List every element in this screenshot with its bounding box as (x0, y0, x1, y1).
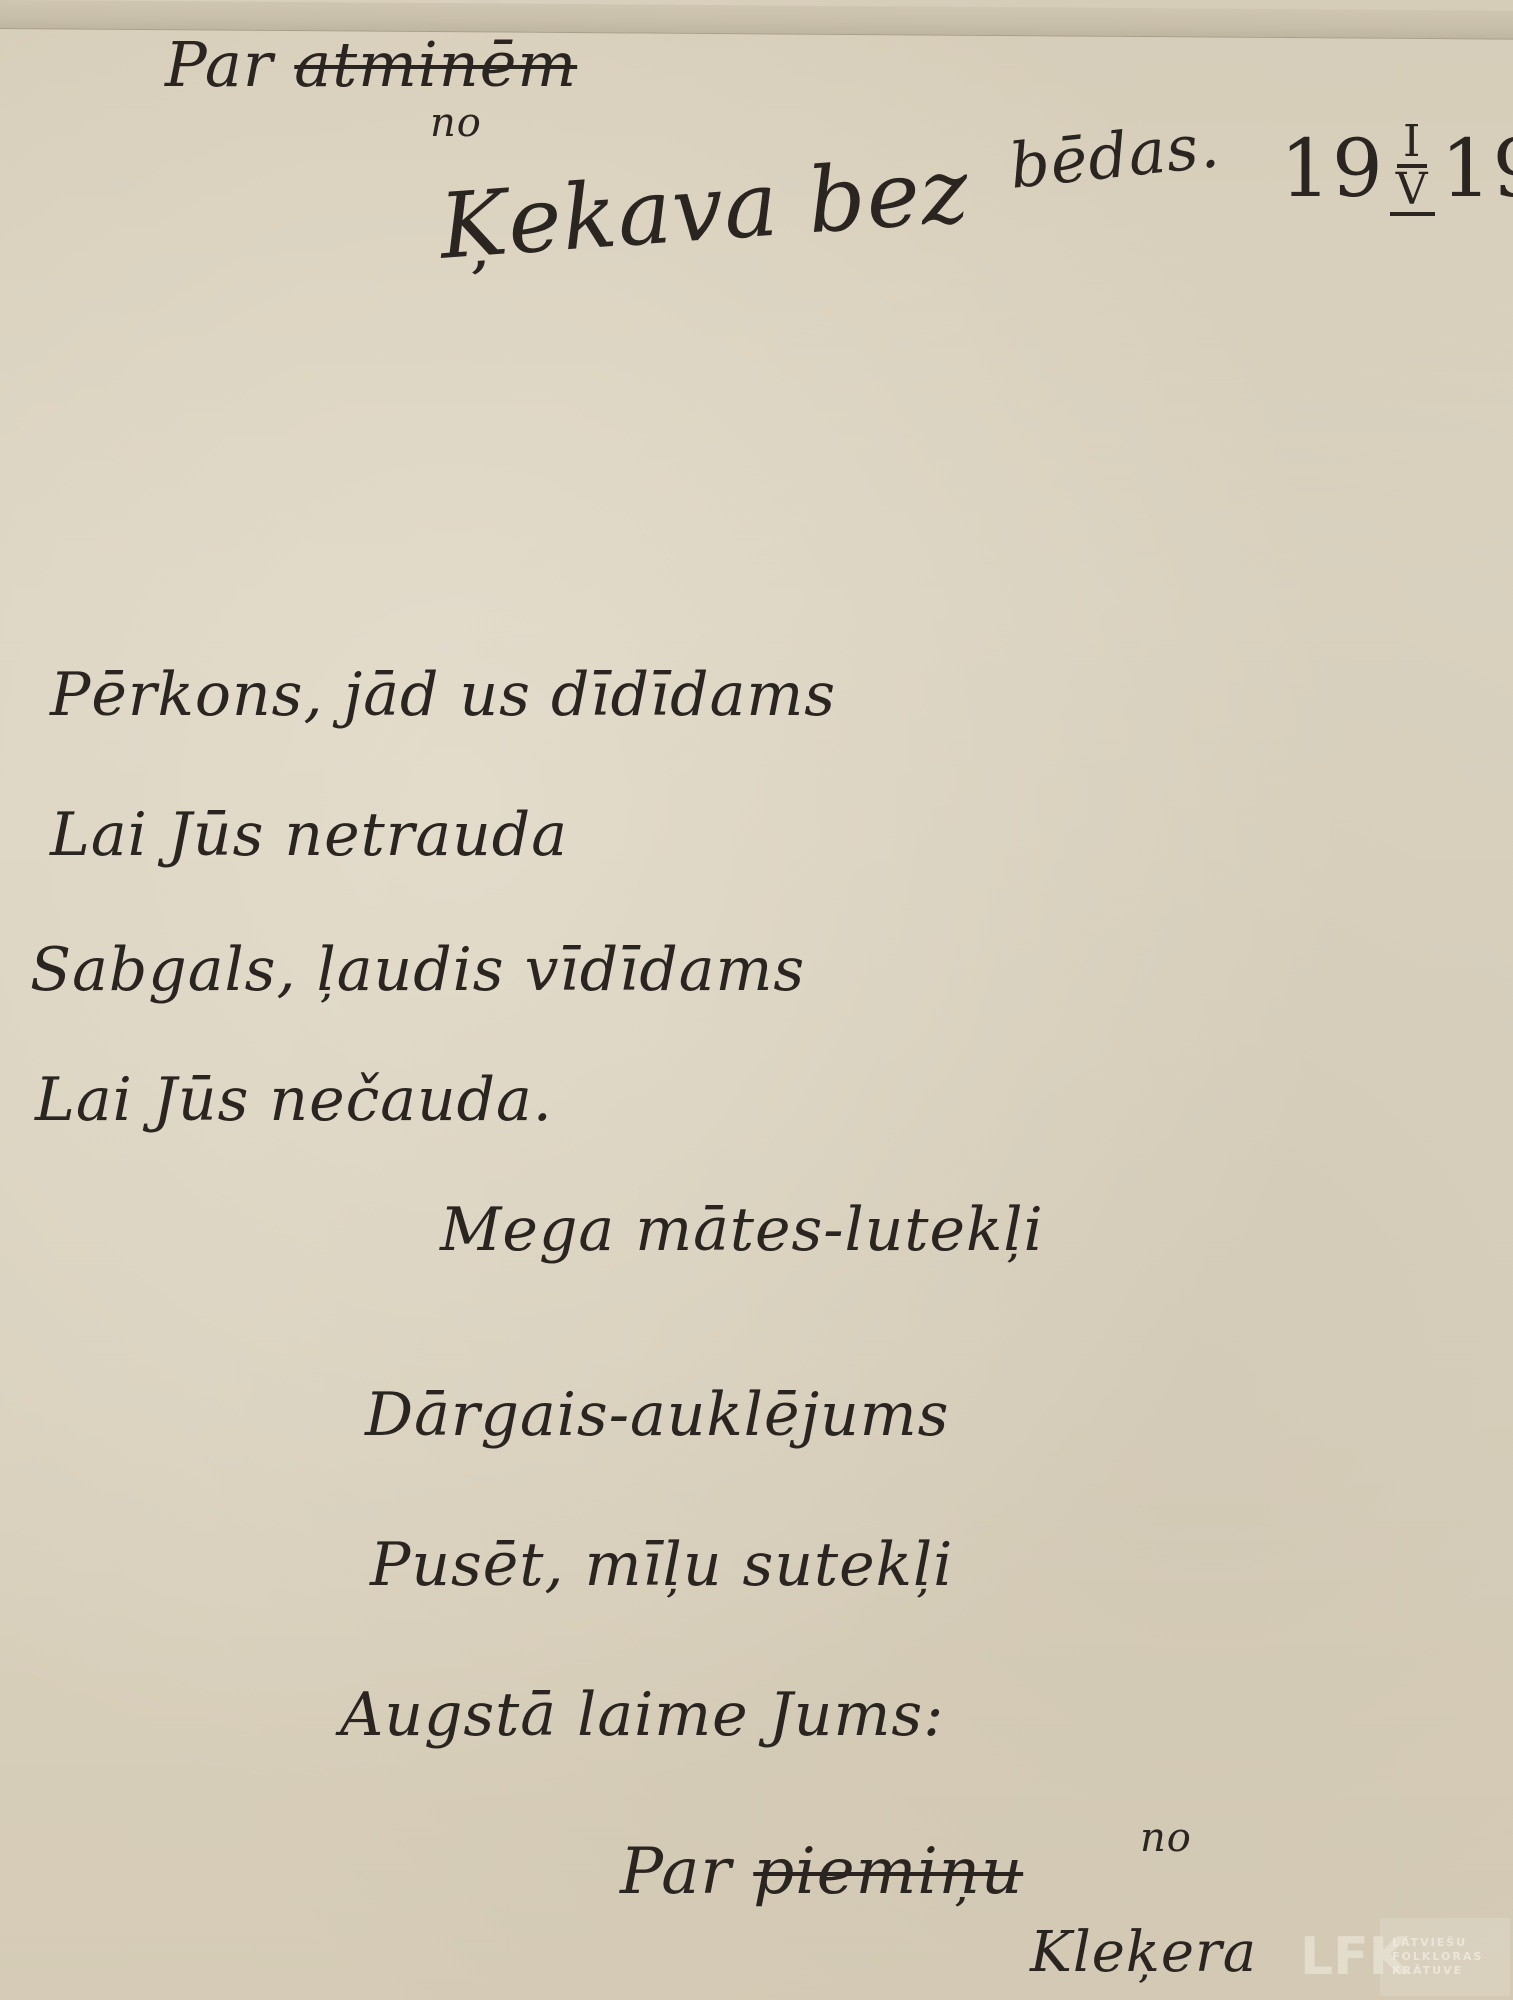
manuscript-page: Par atminēm no Ķekava bez bēdas. 19 I V … (0, 0, 1513, 2000)
footer-prefix: Par (620, 1835, 732, 1909)
date-month-top: I (1397, 120, 1427, 168)
footer-struck-word: piemiņu (753, 1835, 1023, 1909)
date-day: 19 (1280, 122, 1384, 215)
verse-line: Lai Jūs nečauda. (35, 1065, 553, 1135)
verse-line: Lai Jūs netrauda (50, 800, 568, 870)
header-prefix: Par (165, 28, 274, 101)
header-date: 19 I V 19. (1280, 120, 1513, 216)
place-suffix: bez (804, 138, 972, 254)
verse-line: Dārgais-auklējums (365, 1380, 949, 1450)
verse-line: Augstā laime Jums: (340, 1680, 944, 1750)
place-name: Ķekava (436, 151, 782, 279)
header-insert: no (430, 100, 482, 146)
watermark-line: KRĀTUVE (1392, 1964, 1483, 1978)
archive-logo-icon: LFK (1300, 1920, 1380, 1995)
date-year: 19. (1441, 122, 1513, 215)
footer-line: Par piemiņu (620, 1835, 1023, 1909)
signature: Kleķera (1030, 1920, 1257, 1985)
verse-line: Mega mātes-lutekļi (440, 1195, 1044, 1265)
header-place: Ķekava bez (436, 138, 972, 280)
verse-line: Sabgals, ļaudis vīdīdams (30, 935, 805, 1005)
footer-insert: no (1140, 1815, 1192, 1861)
header-struck-word: atminēm (294, 28, 577, 101)
header-line: Par atminēm (165, 28, 577, 101)
watermark-line: LATVIEŠU (1392, 1936, 1483, 1950)
verse-line: Pusēt, mīļu sutekļi (370, 1530, 953, 1600)
header-date-word: bēdas. (1006, 108, 1223, 203)
date-month-bottom: V (1390, 168, 1435, 216)
date-month: I V (1390, 120, 1435, 216)
verse-line: Pērkons, jād us dīdīdams (50, 660, 836, 730)
archive-watermark: LATVIEŠU FOLKLORAS KRĀTUVE (1380, 1918, 1510, 1996)
watermark-line: FOLKLORAS (1392, 1950, 1483, 1964)
